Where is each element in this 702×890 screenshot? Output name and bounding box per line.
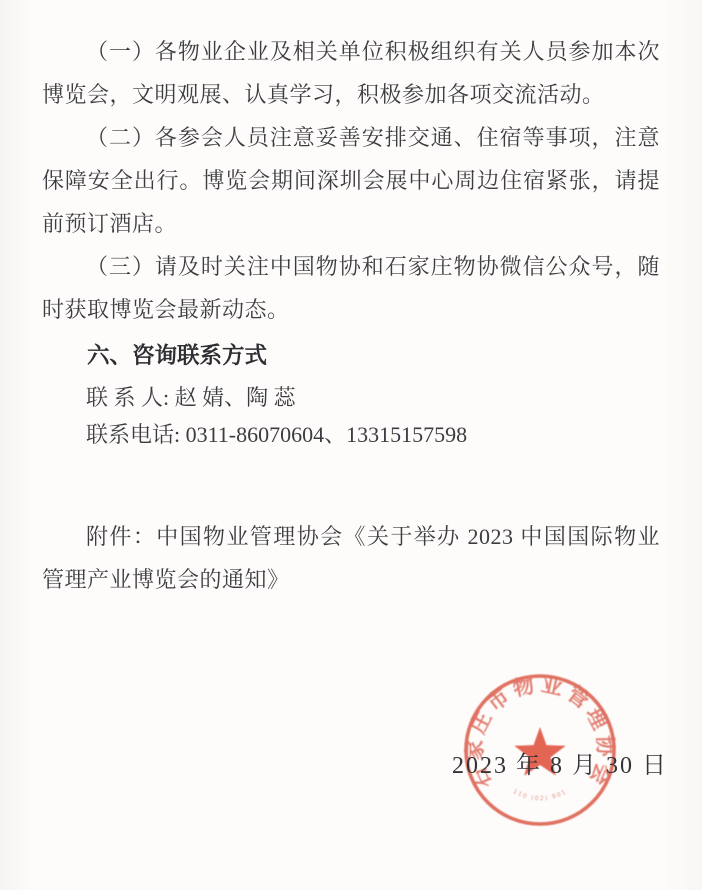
- svg-text:110 (02) 901: 110 (02) 901: [512, 788, 569, 802]
- contact-phone-line: 联系电话: 0311-86070604、13315157598: [42, 416, 660, 453]
- contact-person-label: 联 系 人:: [86, 385, 175, 410]
- attachment-note: 附件：中国物业管理协会《关于举办 2023 中国国际物业管理产业博览会的通知》: [42, 515, 660, 601]
- paragraph-item-3: （三）请及时关注中国物协和石家庄物协微信公众号，随时获取博览会最新动态。: [42, 245, 660, 331]
- document-page: （一）各物业企业及相关单位积极组织有关人员参加本次博览会，文明观展、认真学习，积…: [0, 0, 702, 890]
- contact-phone-value: 0311-86070604、13315157598: [186, 422, 468, 447]
- contact-phone-label: 联系电话:: [86, 422, 186, 447]
- contact-person-value: 赵 婧、陶 蕊: [175, 385, 296, 410]
- contact-person-line: 联 系 人: 赵 婧、陶 蕊: [42, 379, 660, 416]
- seal-code-text: 110 (02) 901: [512, 788, 569, 802]
- paragraph-item-2: （二）各参会人员注意妥善安排交通、住宿等事项，注意保障安全出行。博览会期间深圳会…: [42, 116, 660, 245]
- document-date: 2023 年 8 月 30 日: [452, 745, 668, 780]
- section-heading: 六、咨询联系方式: [42, 333, 660, 379]
- document-body: （一）各物业企业及相关单位积极组织有关人员参加本次博览会，文明观展、认真学习，积…: [42, 30, 660, 601]
- paragraph-item-1: （一）各物业企业及相关单位积极组织有关人员参加本次博览会，文明观展、认真学习，积…: [42, 30, 660, 116]
